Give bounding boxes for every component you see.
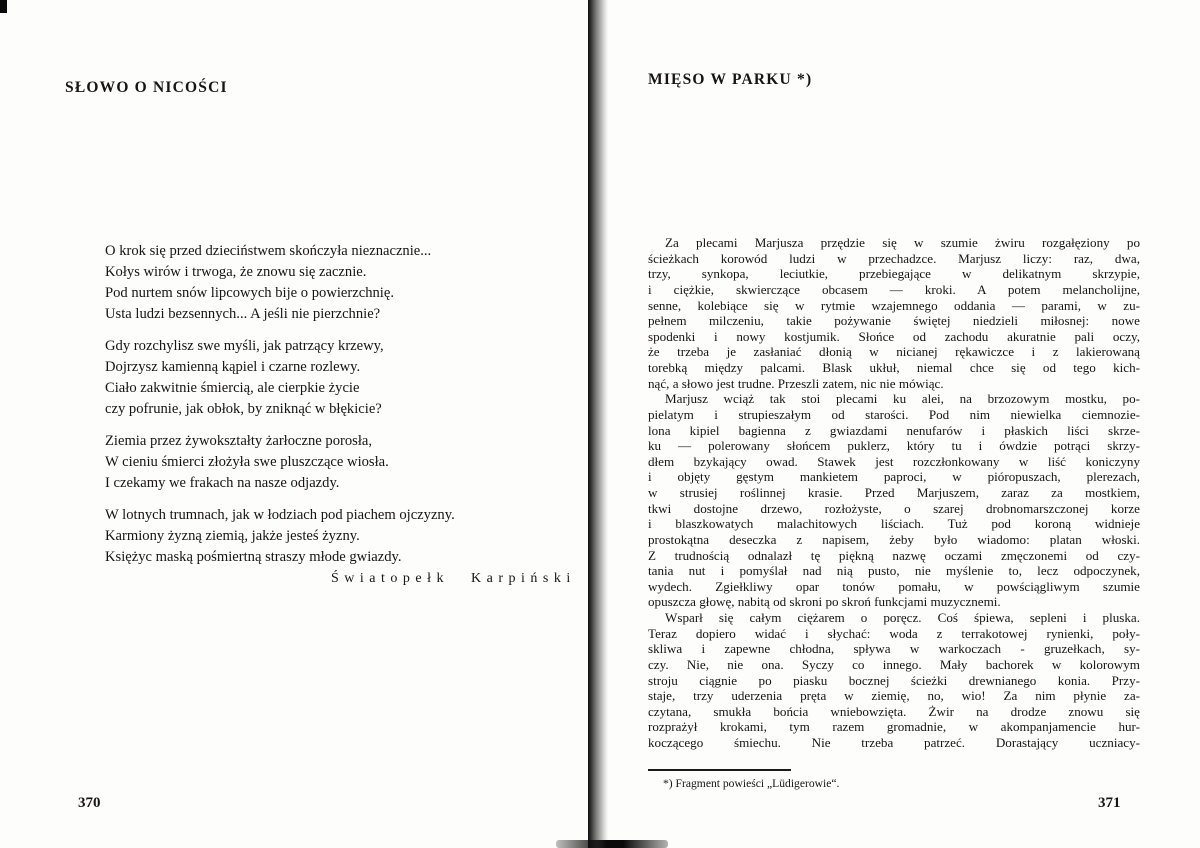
poem-line: Pod nurtem snów lipcowych bije o powierz…	[105, 283, 455, 304]
prose-line: pielatym i strupieszałym od starości. Po…	[648, 407, 1140, 423]
poem-line: W cieniu śmierci złożyła swe pluszczące …	[105, 452, 455, 473]
poem-stanza: Gdy rozchylisz swe myśli, jak patrzący k…	[105, 336, 455, 420]
prose-line: tkwi dostojne drzewo, rozłożyste, o szar…	[648, 501, 1140, 517]
prose-line: Za plecami Marjusza przędzie się w szumi…	[648, 235, 1140, 251]
prose-line: i blaszkowatych malachitowych liściach. …	[648, 516, 1140, 532]
poem-line: Ciało zakwitnie śmiercią, ale cierpkie ż…	[105, 378, 455, 399]
book-spread: SŁOWO O NICOŚCI O krok się przed dzieciń…	[0, 0, 1200, 848]
prose-line: Teraz dopiero widać i słychać: woda z te…	[648, 626, 1140, 642]
gutter-ink-mark	[556, 840, 668, 848]
prose-line: opuszcza głowę, nabitą od skroni po skro…	[648, 594, 1140, 610]
right-page-number: 371	[1098, 795, 1121, 812]
poem-stanza: Ziemia przez żywokształty żarłoczne poro…	[105, 431, 455, 494]
prose-line: dłem bzykający owad. Stawek jest rozczło…	[648, 454, 1140, 470]
prose-line: Z trudnością odnalazł tę piękną nazwę oc…	[648, 548, 1140, 564]
poem-author: Światopełk Karpiński	[331, 571, 576, 587]
poem-line: Karmiony żyzną ziemią, jakże jesteś żyzn…	[105, 526, 455, 547]
prose-text: Za plecami Marjusza przędzie się w szumi…	[648, 235, 1140, 751]
right-page-title: MIĘSO W PARKU *)	[648, 71, 812, 89]
prose-line: ku — polerowany słońcem puklerz, który t…	[648, 438, 1140, 454]
prose-line: spodenki i nowy kostjumik. Słońce od zac…	[648, 329, 1140, 345]
prose-line: rozprażył krokami, tym razem gromadnie, …	[648, 719, 1140, 735]
prose-line: lona kipiel bagienna z gwiazdami nenufar…	[648, 423, 1140, 439]
poem: O krok się przed dzieciństwem skończyła …	[105, 241, 455, 579]
poem-line: I czekamy we frakach na nasze odjazdy.	[105, 473, 455, 494]
poem-line: Księżyc maską pośmiertną straszy młode g…	[105, 547, 455, 568]
poem-line: W lotnych trumnach, jak w łodziach pod p…	[105, 505, 455, 526]
left-page-number: 370	[78, 795, 101, 812]
prose-line: skliwa i zapewne chłodna, spływa w warko…	[648, 641, 1140, 657]
prose-line: trzy, synkopa, leciutkie, przebiegające …	[648, 266, 1140, 282]
prose-line: pełnem milczeniu, takie pożywanie święte…	[648, 313, 1140, 329]
prose-line: czytana, smukła bońcia wniebowzięta. Żwi…	[648, 704, 1140, 720]
prose-line: koczącego śmiechu. Nie trzeba patrzeć. D…	[648, 735, 1140, 751]
poem-line: Dojrzysz kamienną kąpiel i czarne rozlew…	[105, 357, 455, 378]
prose-line: wydech. Zgiełkliwy opar tonów pomału, w …	[648, 579, 1140, 595]
poem-line: Gdy rozchylisz swe myśli, jak patrzący k…	[105, 336, 455, 357]
prose-line: Wsparł się całym ciężarem o poręcz. Coś …	[648, 610, 1140, 626]
prose-line: prostokątna deseczka z napisem, żeby był…	[648, 532, 1140, 548]
prose-line: Marjusz wciąż tak stoi plecami ku alei, …	[648, 391, 1140, 407]
prose-line: stroju ciągnie po piasku bocznej ścieżki…	[648, 673, 1140, 689]
footnote-rule	[648, 769, 791, 771]
poem-stanza: O krok się przed dzieciństwem skończyła …	[105, 241, 455, 325]
prose-line: ścieżkach korowód ludzi w przechadzce. M…	[648, 251, 1140, 267]
footnote: *) Fragment powieści „Lüdigerowie“.	[648, 777, 1140, 790]
prose-line: nąć, a słowo jest trudne. Przeszli zatem…	[648, 376, 1140, 392]
poem-stanza: W lotnych trumnach, jak w łodziach pod p…	[105, 505, 455, 568]
prose-line: staje, trzy uderzenia pręta w ziemię, no…	[648, 688, 1140, 704]
prose-line: w strusiej roślinnej krasie. Przed Marju…	[648, 485, 1140, 501]
prose-line: tania nut i pomyślał nad nią pusto, nie …	[648, 563, 1140, 579]
prose-line: senne, kolebiące się w rytmie wzajemnego…	[648, 298, 1140, 314]
prose-line: torebką między palcami. Blask ukłuł, nie…	[648, 360, 1140, 376]
poem-line: Ziemia przez żywokształty żarłoczne poro…	[105, 431, 455, 452]
prose-line: czy. Nie, nie ona. Syczy co innego. Mały…	[648, 657, 1140, 673]
prose-line: i objęty gęstym mankietem paproci, w pió…	[648, 469, 1140, 485]
prose-line: i ciężkie, skwierczące obcasem — kroki. …	[648, 282, 1140, 298]
prose-line: że trzeba je zasłaniać dłonią w nicianej…	[648, 344, 1140, 360]
poem-line: O krok się przed dzieciństwem skończyła …	[105, 241, 455, 262]
scan-corner-mark	[0, 0, 7, 13]
poem-line: czy pofrunie, jak obłok, by zniknąć w bł…	[105, 399, 455, 420]
poem-line: Kołys wirów i trwoga, że znowu się zaczn…	[105, 262, 455, 283]
poem-line: Usta ludzi bezsennych... A jeśli nie pie…	[105, 304, 455, 325]
book-gutter-shadow	[588, 0, 608, 848]
left-page-title: SŁOWO O NICOŚCI	[65, 79, 228, 97]
